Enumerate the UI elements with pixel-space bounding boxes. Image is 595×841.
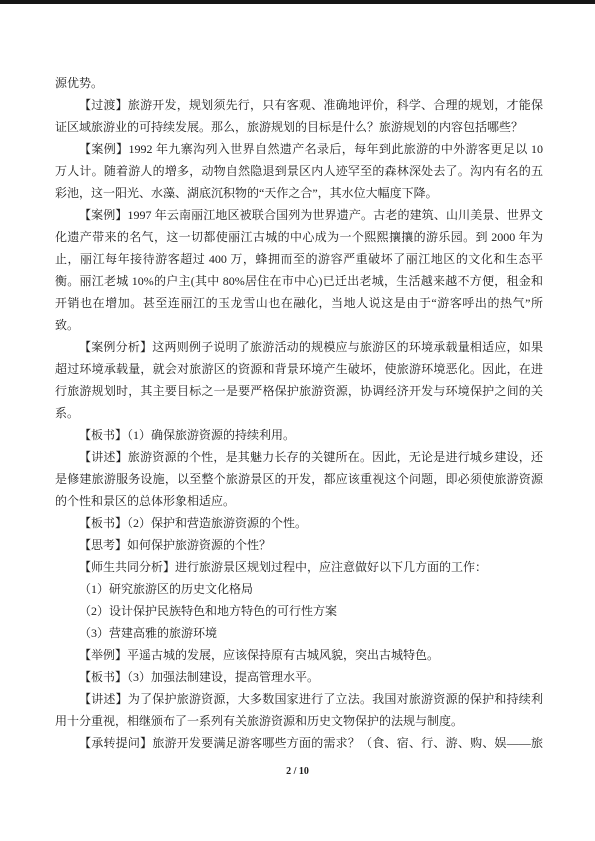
text-line: 【师生共同分析】进行旅游景区规划过程中，应注意做好以下几方面的工作：: [55, 556, 543, 578]
text-line: （2）设计保护民族特色和地方特色的可行性方案: [55, 600, 543, 622]
text-line: 【板书】（2）保护和营造旅游资源的个性。: [55, 512, 543, 534]
text-line: 【思考】如何保护旅游资源的个性？: [55, 534, 543, 556]
text-line: （1）研究旅游区的历史文化格局: [55, 578, 543, 600]
text-line: 化遗产带来的名气，这一切都使丽江古城的中心成为一个熙熙攘攘的游乐园。到 2000…: [55, 226, 543, 248]
text-line: 【讲述】旅游资源的个性，是其魅力长存的关键所在。因此，无论是进行城乡建设，还: [55, 446, 543, 468]
text-line: 万人计。随着游人的增多，动物自然隐退到景区内人迹罕至的森林深处去了。沟内有名的五: [55, 160, 543, 182]
page-top-border: [0, 0, 595, 4]
document-page: 源优势。 【过渡】旅游开发，规划须先行，只有客观、准确地评价，科学、合理的规划，…: [0, 0, 595, 841]
text-line: 【过渡】旅游开发，规划须先行，只有客观、准确地评价，科学、合理的规划，才能保: [55, 94, 543, 116]
text-line: 是修建旅游服务设施，以至整个旅游景区的开发，都应该重视这个问题，即必须使旅游资源: [55, 468, 543, 490]
text-line: 系。: [55, 402, 543, 424]
text-line: 超过环境承载量，就会对旅游区的资源和背景环境产生破坏，使旅游环境恶化。因此，在进: [55, 358, 543, 380]
document-body: 源优势。 【过渡】旅游开发，规划须先行，只有客观、准确地评价，科学、合理的规划，…: [55, 72, 543, 754]
text-line: 证区域旅游业的可持续发展。那么，旅游规划的目标是什么？旅游规划的内容包括哪些？: [55, 116, 543, 138]
text-line: 【板书】（1）确保旅游资源的持续利用。: [55, 424, 543, 446]
text-line: 源优势。: [55, 72, 543, 94]
text-line: 致。: [55, 314, 543, 336]
text-line: 【案例分析】这两则例子说明了旅游活动的规模应与旅游区的环境承载量相适应，如果: [55, 336, 543, 358]
text-line: 行旅游规划时，其主要目标之一是要严格保护旅游资源，协调经济开发与环境保护之间的关: [55, 380, 543, 402]
page-number: 2 / 10: [0, 766, 595, 777]
text-line: 【讲述】为了保护旅游资源，大多数国家进行了立法。我国对旅游资源的保护和持续利: [55, 688, 543, 710]
text-line: 【承转提问】旅游开发要满足游客哪些方面的需求？（食、宿、行、游、购、娱——旅: [55, 732, 543, 754]
text-line: 衡。丽江老城 10%的户主(其中 80%居住在市中心)已迁出老城，生活越来越不方…: [55, 270, 543, 292]
text-line: 【举例】平遥古城的发展，应该保持原有古城风貌，突出古城特色。: [55, 644, 543, 666]
text-line: （3）营建高雅的旅游环境: [55, 622, 543, 644]
text-line: 的个性和景区的总体形象相适应。: [55, 490, 543, 512]
text-line: 【案例】1997 年云南丽江地区被联合国列为世界遗产。古老的建筑、山川美景、世界…: [55, 204, 543, 226]
text-line: 用十分重视，相继颁布了一系列有关旅游资源和历史文物保护的法规与制度。: [55, 710, 543, 732]
text-line: 【案例】1992 年九寨沟列入世界自然遗产名录后，每年到此旅游的中外游客更足以 …: [55, 138, 543, 160]
text-line: 开销也在增加。甚至连丽江的玉龙雪山也在融化，当地人说这是由于“游客呼出的热气”所: [55, 292, 543, 314]
text-line: 彩池，这一阳光、水藻、湖底沉积物的“天作之合”，其水位大幅度下降。: [55, 182, 543, 204]
text-line: 【板书】（3）加强法制建设，提高管理水平。: [55, 666, 543, 688]
text-line: 止，丽江每年接待游客超过 400 万，蜂拥而至的游容严重破坏了丽江地区的文化和生…: [55, 248, 543, 270]
